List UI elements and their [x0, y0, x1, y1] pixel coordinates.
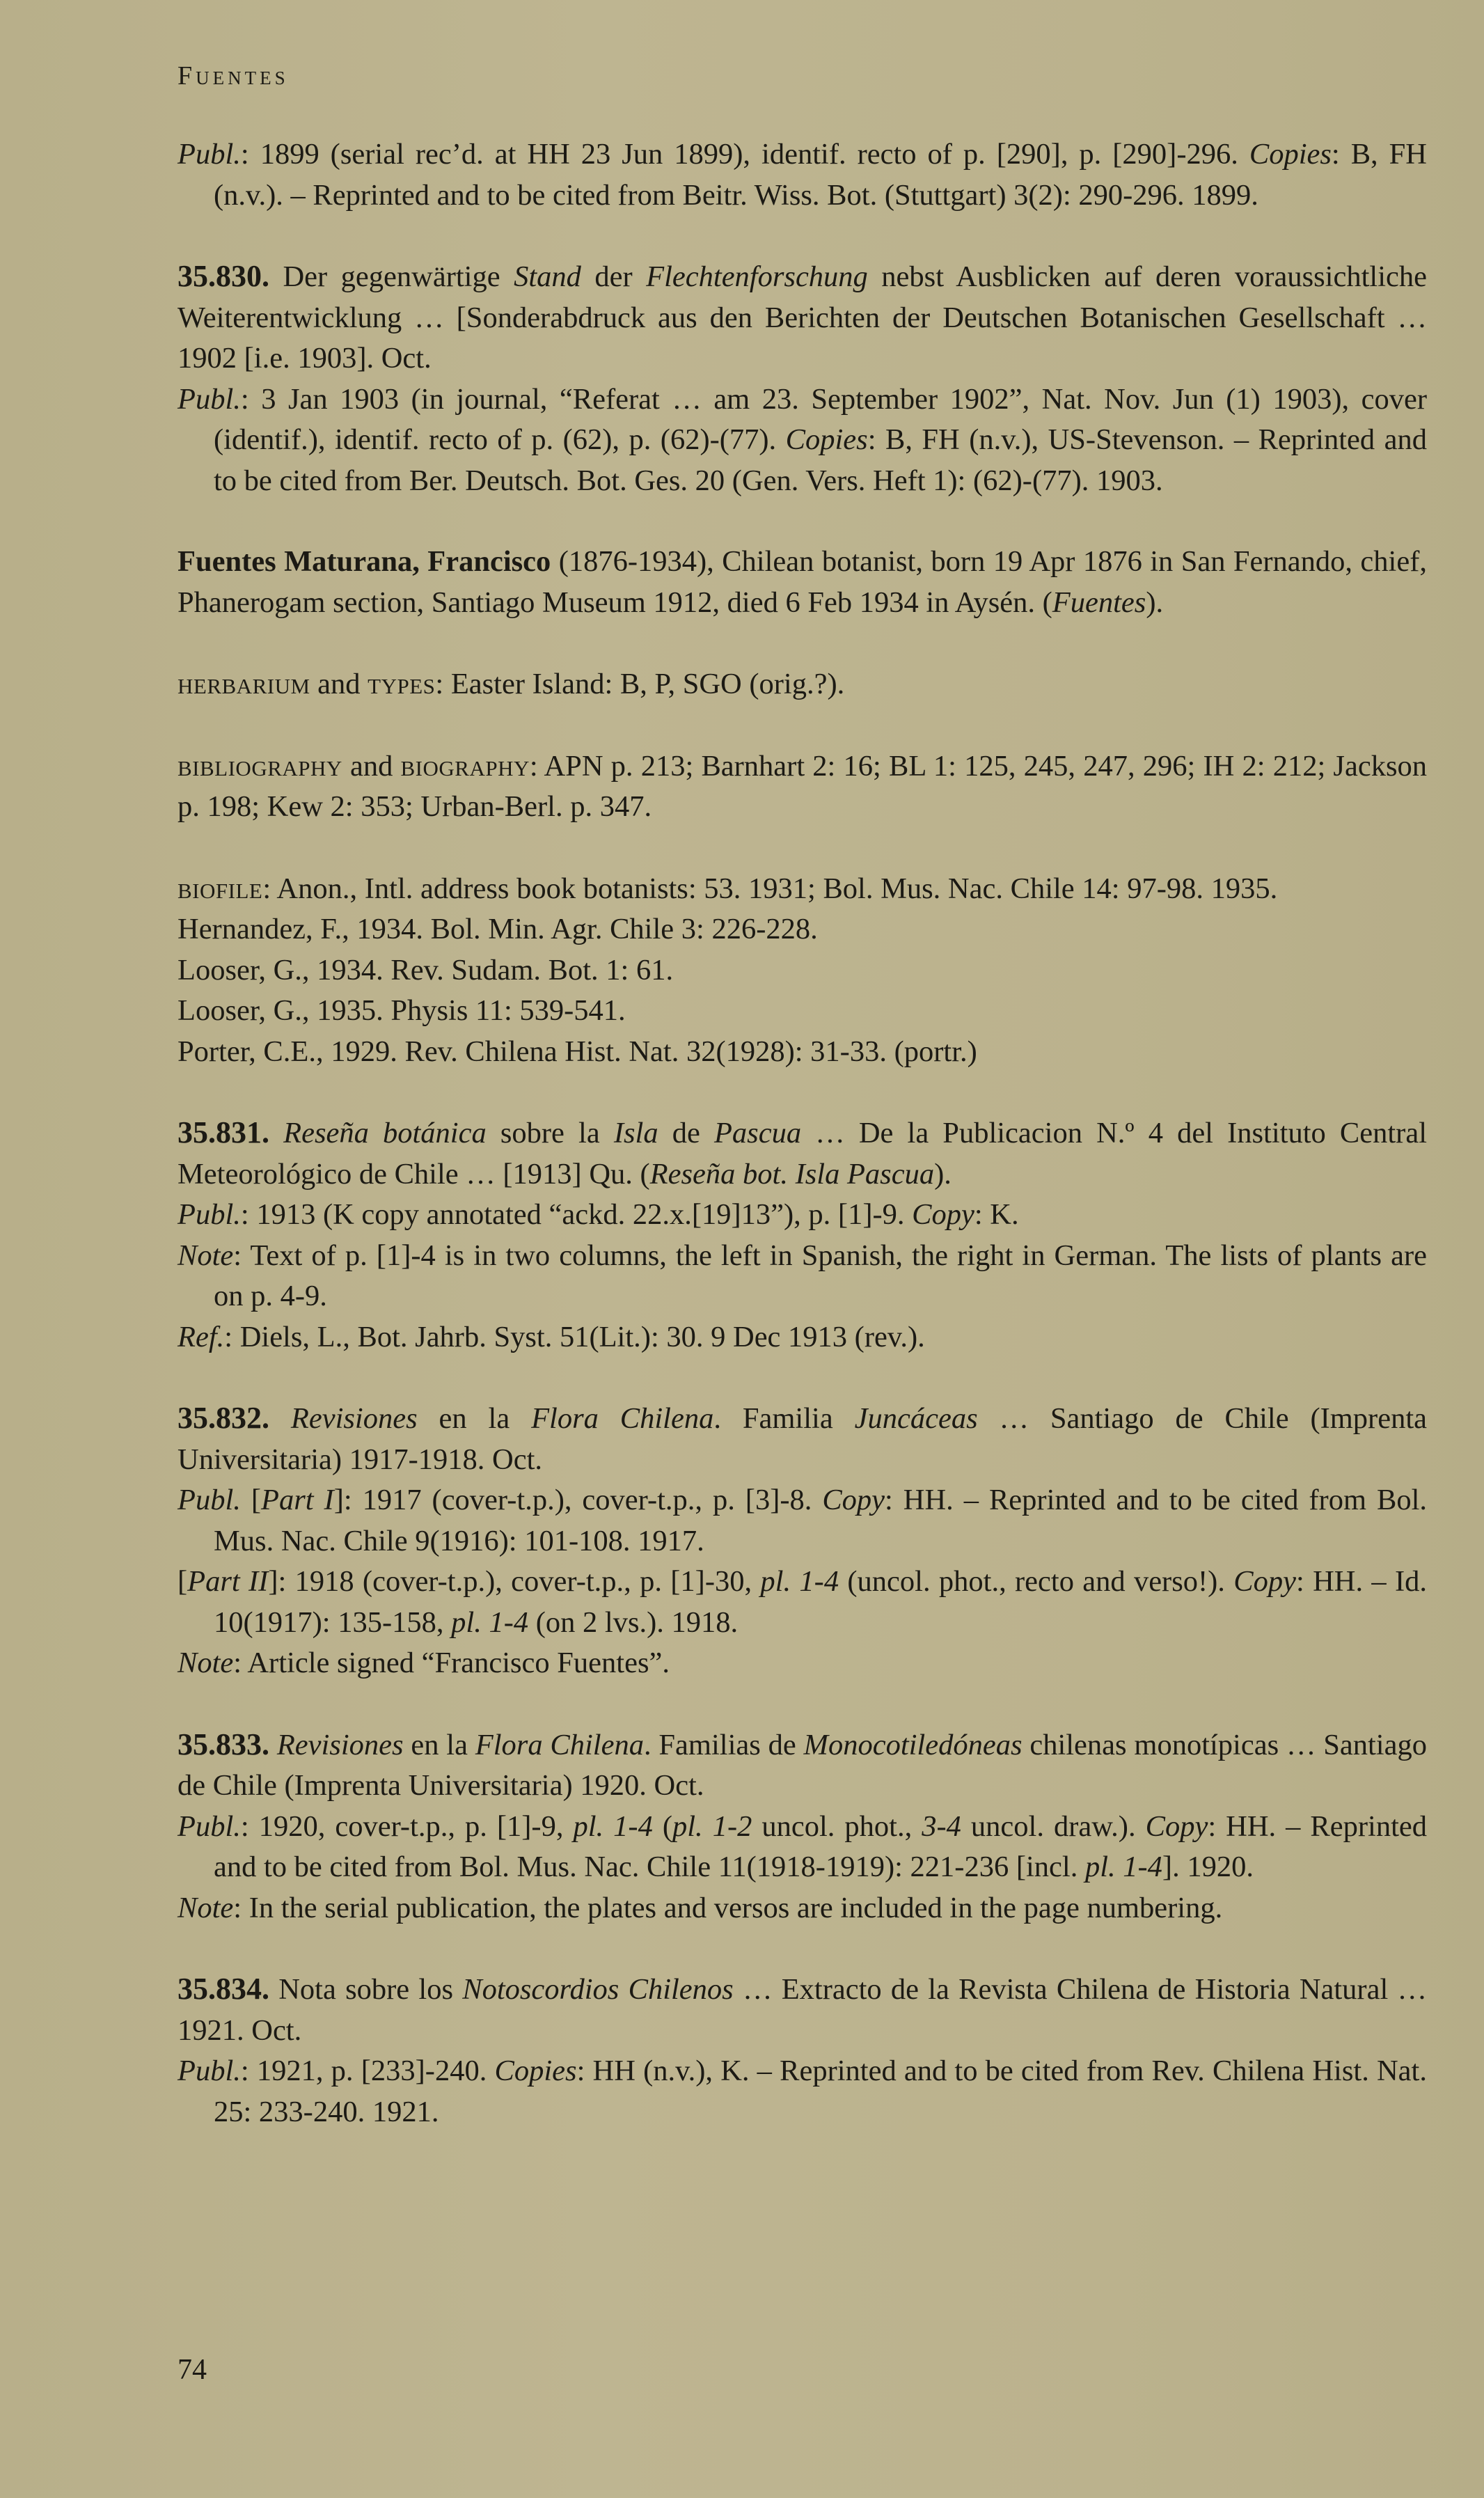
- entry-35-833: 35.833. Revisiones en la Flora Chilena. …: [177, 1725, 1427, 1929]
- entry-number: 35.832.: [177, 1401, 269, 1435]
- author-abbreviation: Fuentes: [1052, 586, 1146, 619]
- entry-title: 35.833. Revisiones en la Flora Chilena. …: [177, 1725, 1427, 1807]
- publication-info-part-2: [Part II]: 1918 (cover-t.p.), cover-t.p.…: [177, 1562, 1427, 1643]
- publication-info: Publ.: 3 Jan 1903 (in journal, “Referat …: [177, 379, 1427, 502]
- reference: Ref.: Diels, L., Bot. Jahrb. Syst. 51(Li…: [177, 1317, 1427, 1358]
- entry-title: 35.830. Der gegenwärtige Stand der Flech…: [177, 256, 1427, 379]
- publication-info: Publ.: 1899 (serial rec’d. at HH 23 Jun …: [177, 134, 1427, 216]
- biofile-item: Porter, C.E., 1929. Rev. Chilena Hist. N…: [177, 1032, 1427, 1073]
- bibliography-section: Bibliography and Biography: APN p. 213; …: [177, 746, 1427, 828]
- note: Note: Text of p. [1]-4 is in two columns…: [177, 1236, 1427, 1317]
- entry-number: 35.831.: [177, 1115, 269, 1149]
- page-number: 74: [177, 2353, 207, 2387]
- publication-info-part-1: Publ. [Part I]: 1917 (cover-t.p.), cover…: [177, 1480, 1427, 1562]
- publication-info: Publ.: 1920, cover-t.p., p. [1]-9, pl. 1…: [177, 1807, 1427, 1888]
- publication-info: Publ.: 1913 (K copy annotated “ackd. 22.…: [177, 1195, 1427, 1236]
- entry-35-830: 35.830. Der gegenwärtige Stand der Flech…: [177, 256, 1427, 501]
- entry-continuation: Publ.: 1899 (serial rec’d. at HH 23 Jun …: [177, 134, 1427, 216]
- entry-title: 35.831. Reseña botánica sobre la Isla de…: [177, 1113, 1427, 1195]
- author-biography: Fuentes Maturana, Francisco (1876-1934),…: [177, 542, 1427, 623]
- running-head: Fuentes: [177, 56, 1427, 96]
- biofile-section: Biofile: Anon., Intl. address book botan…: [177, 868, 1427, 1073]
- entry-title: 35.832. Revisiones en la Flora Chilena. …: [177, 1398, 1427, 1480]
- entry-number: 35.830.: [177, 259, 269, 293]
- publication-info: Publ.: 1921, p. [233]-240. Copies: HH (n…: [177, 2051, 1427, 2132]
- entry-35-834: 35.834. Nota sobre los Notoscordios Chil…: [177, 1969, 1427, 2132]
- entry-number: 35.833.: [177, 1727, 269, 1761]
- biofile-item: Looser, G., 1935. Physis 11: 539-541.: [177, 991, 1427, 1032]
- entry-title: 35.834. Nota sobre los Notoscordios Chil…: [177, 1969, 1427, 2051]
- biofile-item: Hernandez, F., 1934. Bol. Min. Agr. Chil…: [177, 909, 1427, 950]
- author-name: Fuentes Maturana, Francisco: [177, 545, 551, 578]
- herbarium-section: Herbarium and Types: Easter Island: B, P…: [177, 663, 1427, 705]
- entry-number: 35.834.: [177, 1972, 269, 2006]
- publ-label: Publ.: [177, 138, 241, 171]
- entry-35-831: 35.831. Reseña botánica sobre la Isla de…: [177, 1113, 1427, 1358]
- document-page: Fuentes Publ.: 1899 (serial rec’d. at HH…: [177, 56, 1427, 2173]
- biofile-item: Looser, G., 1934. Rev. Sudam. Bot. 1: 61…: [177, 950, 1427, 991]
- note: Note: In the serial publication, the pla…: [177, 1888, 1427, 1929]
- entry-35-832: 35.832. Revisiones en la Flora Chilena. …: [177, 1398, 1427, 1684]
- copies-label: Copies: [1249, 138, 1332, 171]
- note: Note: Article signed “Francisco Fuentes”…: [177, 1643, 1427, 1684]
